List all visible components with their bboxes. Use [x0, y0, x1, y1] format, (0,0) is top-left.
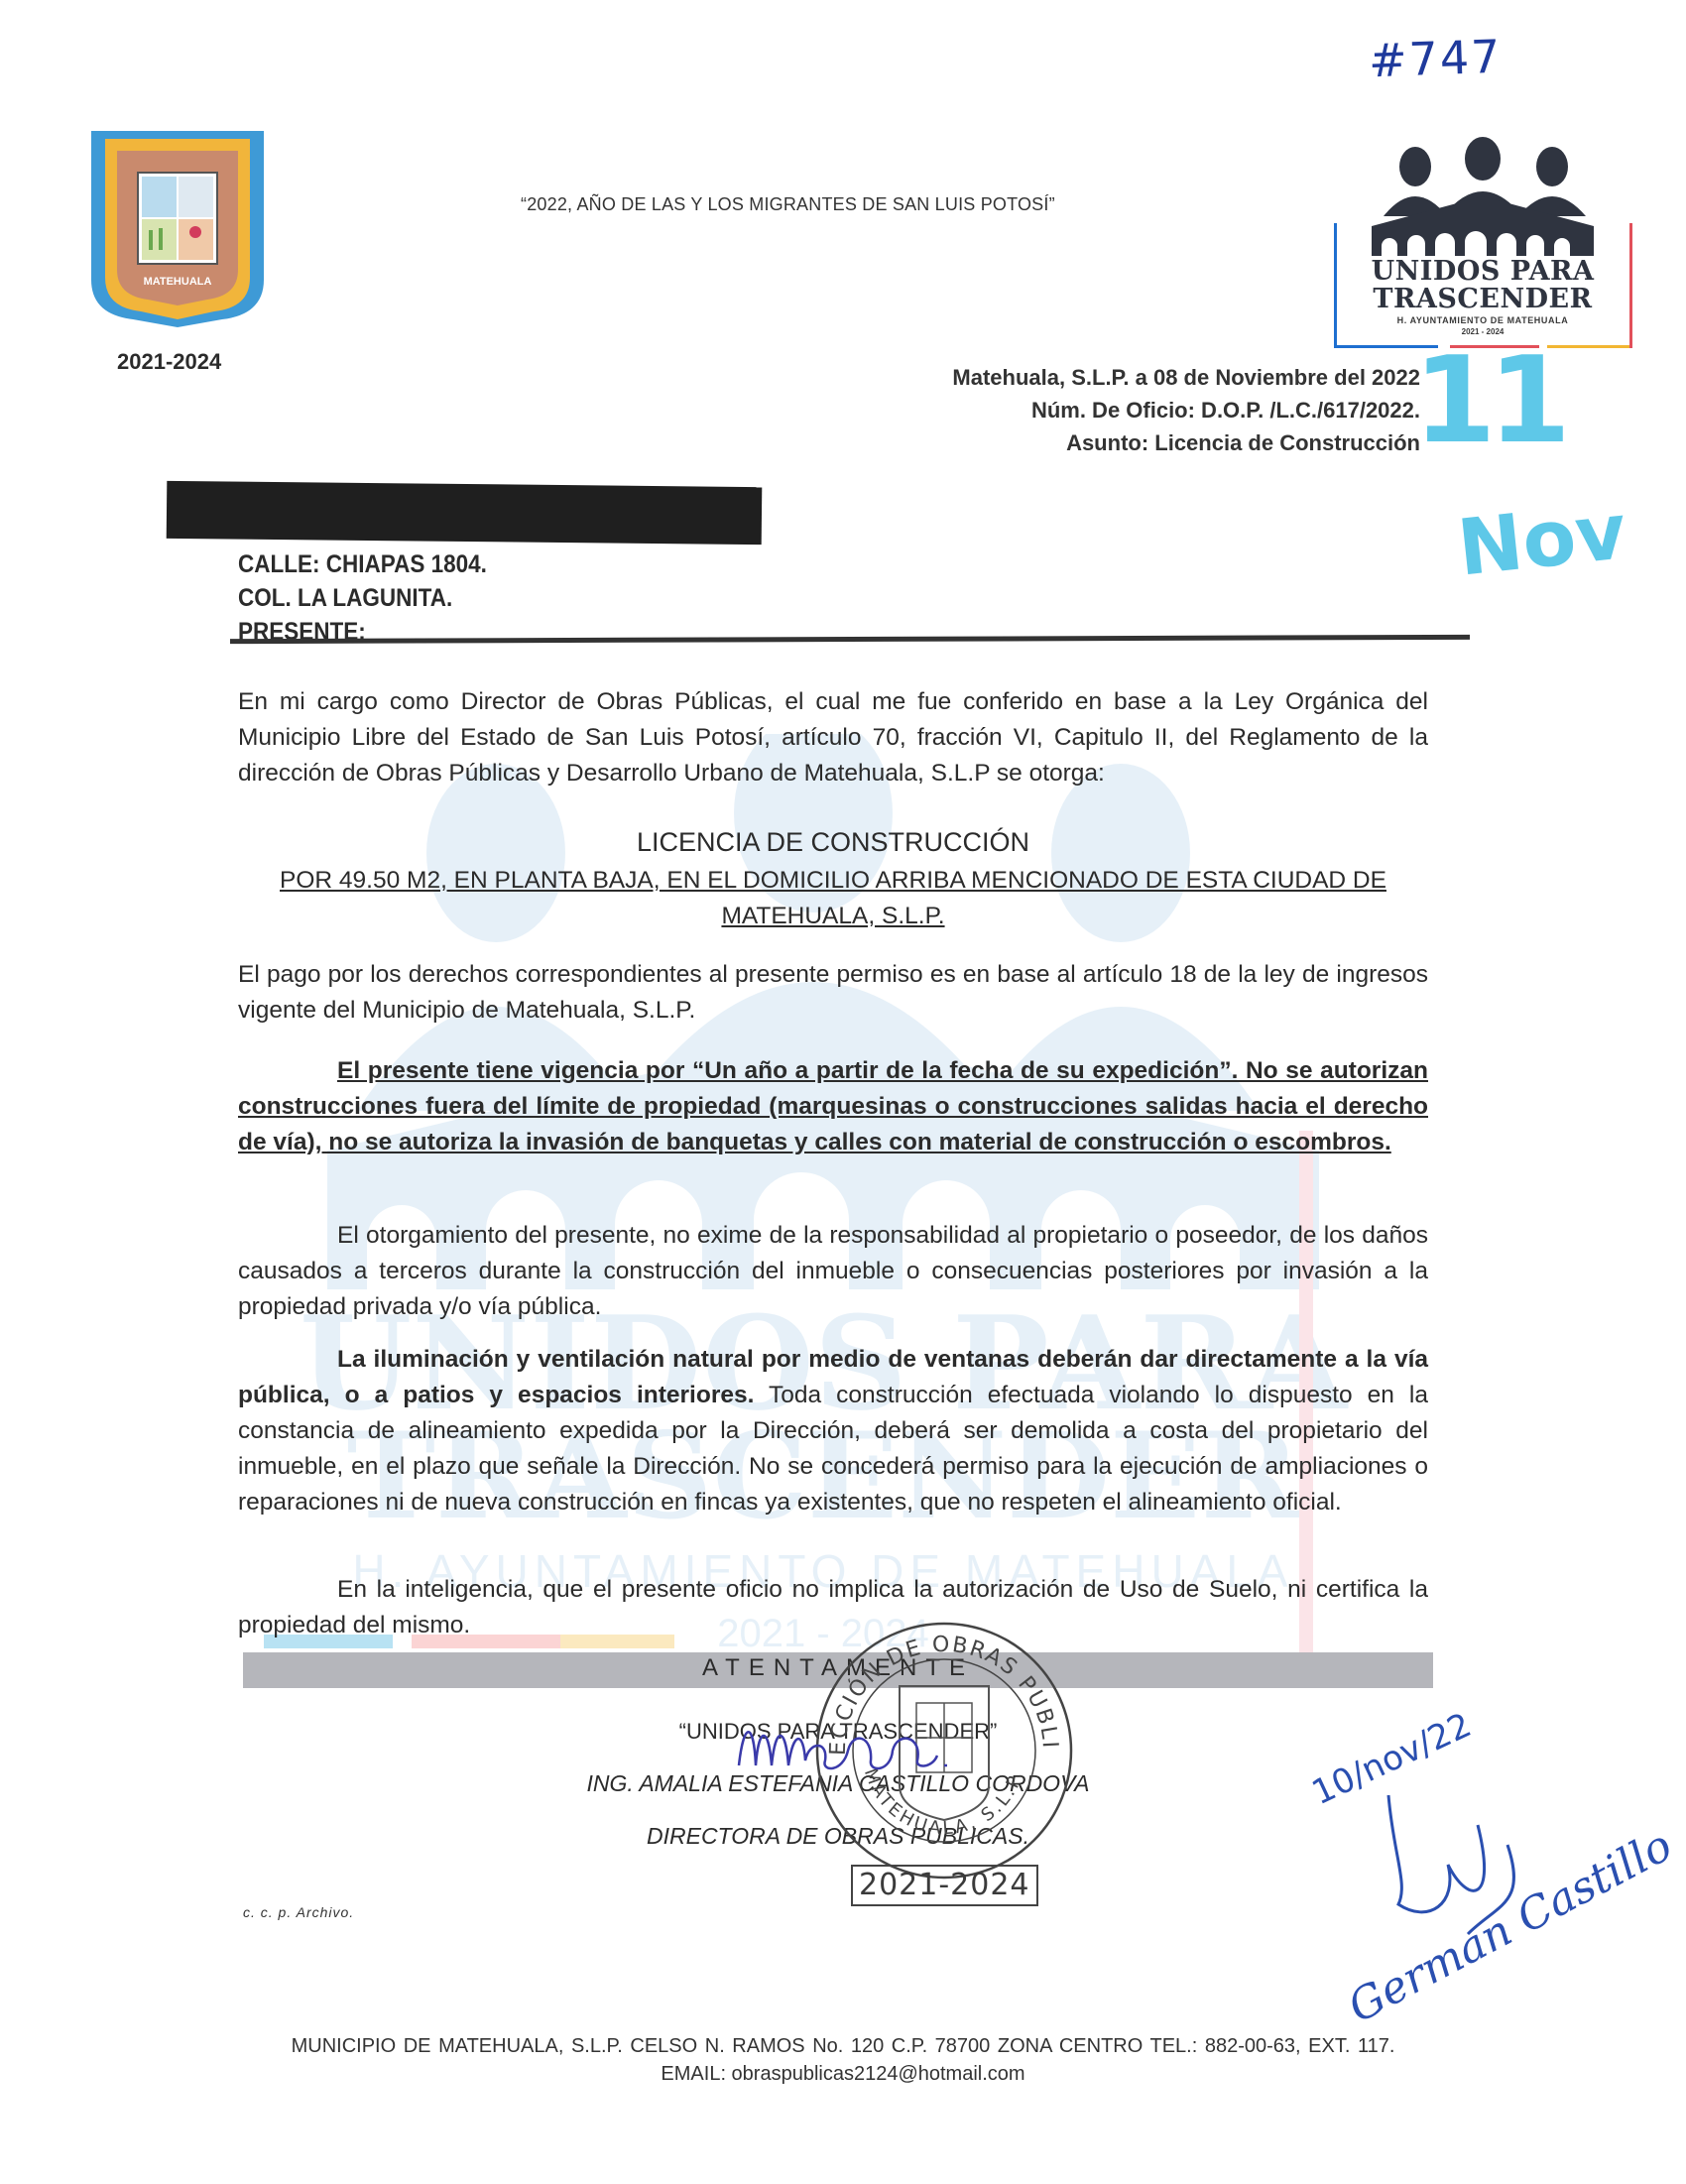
paragraph-lighting: La iluminación y ventilación natural por… — [238, 1342, 1428, 1520]
received-stamp-day: 11 — [1413, 342, 1563, 461]
document-meta: Matehuala, S.L.P. a 08 de Noviembre del … — [952, 361, 1420, 459]
svg-text:German Castillo: German Castillo — [1340, 1820, 1676, 2033]
brand-title-line2: TRASCENDER — [1334, 284, 1631, 314]
recipient-street: CALLE: CHIAPAS 1804. — [238, 547, 487, 581]
handwritten-folio-number: #747 — [1368, 30, 1503, 88]
administration-years: 2021-2024 — [117, 349, 221, 375]
municipal-crest-logo: MATEHUALA — [83, 121, 272, 329]
paragraph-authority: En mi cargo como Director de Obras Públi… — [238, 684, 1428, 791]
subject-line: Asunto: Licencia de Construcción — [952, 426, 1420, 459]
handwritten-receipt-signature: 10/nov/22 German Castillo — [1299, 1706, 1676, 2043]
portraits-building-icon — [1364, 137, 1602, 256]
license-detail: POR 49.50 M2, EN PLANTA BAJA, EN EL DOMI… — [258, 863, 1408, 934]
director-signature — [734, 1711, 962, 1780]
recipient-colony: COL. LA LAGUNITA. — [238, 581, 487, 615]
recipient-address: CALLE: CHIAPAS 1804. COL. LA LAGUNITA. P… — [238, 547, 487, 649]
paragraph-responsibility: El otorgamiento del presente, no exime d… — [238, 1218, 1428, 1325]
paragraph-validity: El presente tiene vigencia por “Un año a… — [238, 1053, 1428, 1160]
stamp-years-box: 2021-2024 — [851, 1865, 1038, 1906]
brand-subtitle: H. AYUNTAMIENTO DE MATEHUALA — [1334, 315, 1631, 325]
year-motto: “2022, AÑO DE LAS Y LOS MIGRANTES DE SAN… — [521, 194, 1055, 215]
license-title: LICENCIA DE CONSTRUCCIÓN — [238, 827, 1428, 858]
footer-email[interactable]: EMAIL: obraspublicas2124@hotmail.com — [149, 2063, 1537, 2086]
svg-text:MATEHUALA: MATEHUALA — [144, 276, 212, 288]
brand-frame-line — [1629, 223, 1632, 348]
carbon-copy-note: c. c. p. Archivo. — [243, 1904, 354, 1920]
redacted-recipient-name — [167, 481, 763, 545]
unidos-para-trascender-logo: UNIDOS PARA TRASCENDER H. AYUNTAMIENTO D… — [1334, 137, 1631, 350]
date-line: Matehuala, S.L.P. a 08 de Noviembre del … — [952, 361, 1420, 394]
paragraph-payment: El pago por los derechos correspondiente… — [238, 957, 1428, 1029]
brand-title-line1: UNIDOS PARA — [1334, 256, 1631, 287]
received-stamp-month: Nov — [1454, 487, 1630, 593]
footer-address: MUNICIPIO DE MATEHUALA, S.L.P. CELSO N. … — [149, 2035, 1537, 2058]
svg-text:10/nov/22: 10/nov/22 — [1306, 1706, 1478, 1813]
oficio-number: Núm. De Oficio: D.O.P. /L.C./617/2022. — [952, 394, 1420, 426]
brand-frame-line — [1334, 223, 1337, 347]
